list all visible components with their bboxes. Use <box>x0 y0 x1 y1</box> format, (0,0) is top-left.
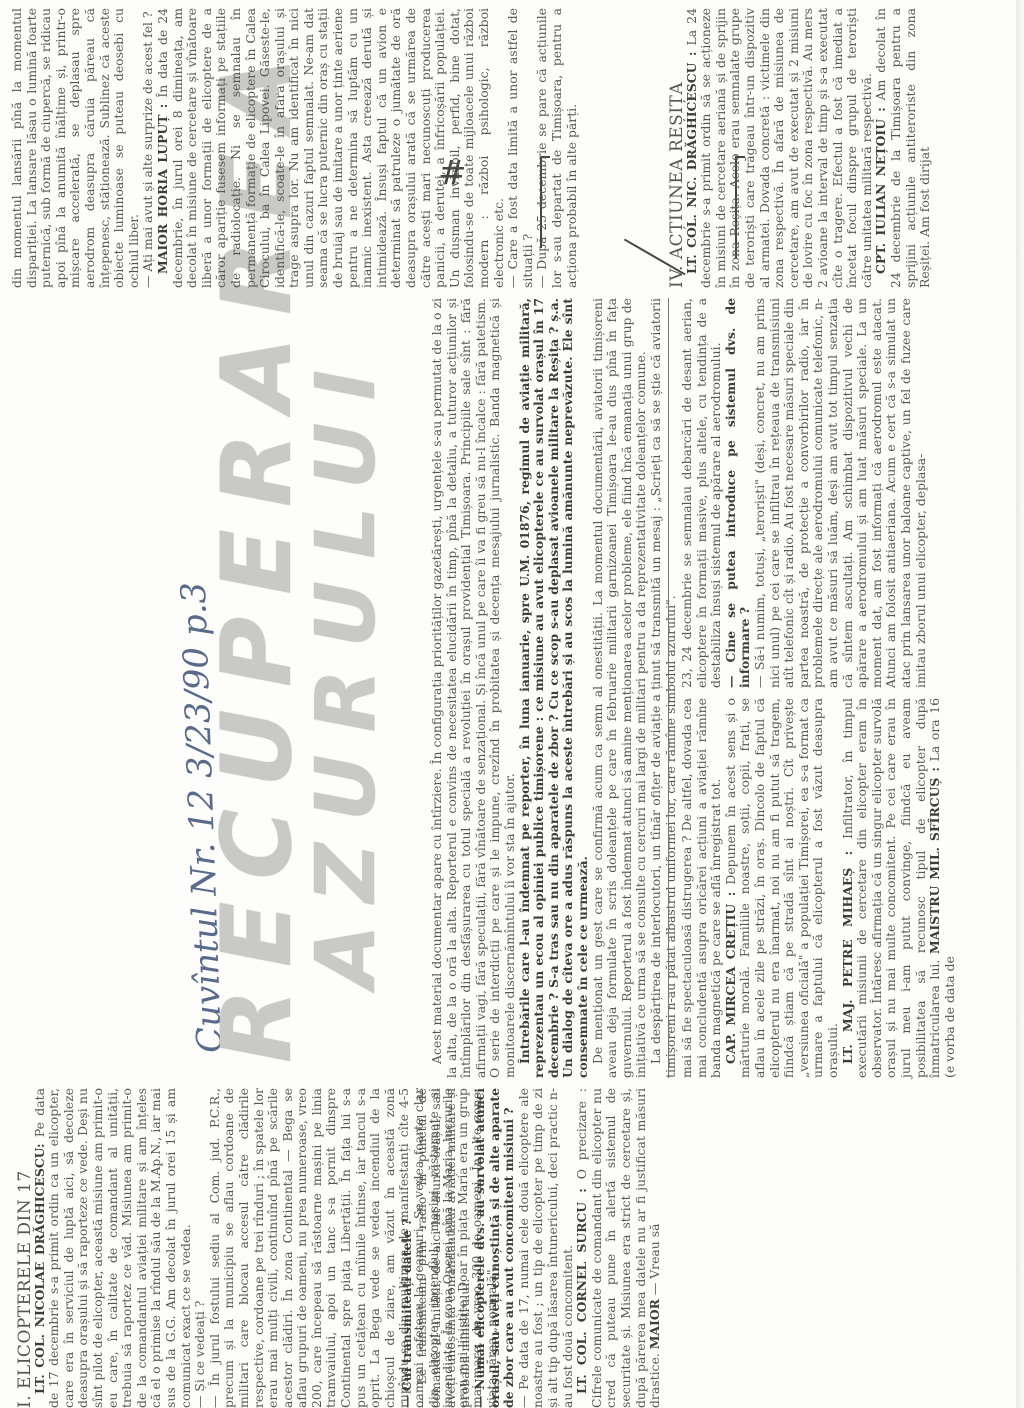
speaker: MAIOR HORIA LUPUȚ : <box>155 104 170 274</box>
answer: — Le transmiteam prin radio în punctul d… <box>415 1088 473 1408</box>
intro-paragraph: De menționat un gest care se confirmă ac… <box>591 298 649 1078</box>
newspaper-page-rotated: Cuvîntul Nr. 12 3/23/90 p.3 # RECUPERARE… <box>0 0 1024 1408</box>
question: — Care a fost data limită a unor astfel … <box>506 8 535 288</box>
speaker: LT. COL. NICOLAE DRĂGHICESCU: <box>32 1143 47 1394</box>
speaker: LT. COL. NIC. DRĂGHICESCU : <box>684 52 699 274</box>
speaker: MAIOR <box>647 1299 662 1349</box>
intro-block: Acest material documentar apare cu întîr… <box>430 298 678 1078</box>
section4-prev-column: din momentul lansării pînă la momentul d… <box>10 8 579 288</box>
speaker: LT. COL. CORNEL SURCU : <box>574 1188 589 1394</box>
paragraph: — Vreau să <box>647 1224 662 1296</box>
speaker: CAP. MIRCEA CREȚIU : <box>723 892 738 1064</box>
paragraph: mai să fie spectaculoasă distrugerea ? D… <box>680 698 724 1078</box>
section4-column: IV. ACȚIUNEA REȘIȚA LT. COL. NIC. DRĂGHI… <box>670 8 933 288</box>
intro-paragraph: Întrebările care l-au îndemnat pe report… <box>518 298 591 1078</box>
headline-line2: AZURULUI <box>340 348 355 988</box>
paragraph: Pe data de 17 decembrie s-a primit ordin… <box>32 1088 193 1408</box>
speaker: CPT. IULIAN NEȚOIU : <box>873 107 888 274</box>
paragraph: La 24 decembrie s-a primit ordin să se a… <box>684 8 874 288</box>
paragraph: Depunem în acest sens și o mărturie mora… <box>723 698 840 1078</box>
question: — Cui transmiteați datele ? <box>400 1088 415 1408</box>
speaker: LT. MAJ. PETRE MIHAEȘ : <box>840 851 855 1064</box>
answer: — Pe data de 17, numai cele două elicopt… <box>517 1088 575 1408</box>
section4-heading: IV. ACȚIUNEA REȘIȚA <box>670 8 685 288</box>
intro-paragraph: La despărțirea de interlocutori, un tînă… <box>649 298 678 1078</box>
speaker: MAISTRU MIL. SFÎRCUȘ : <box>927 767 942 954</box>
intro-paragraph: Acest material documentar apare cu întîr… <box>430 298 518 1078</box>
question: — Numai elicopterele dvs. au survolat at… <box>473 1088 517 1408</box>
answer: — După 25 decembrie se pare că acțiunile… <box>535 8 579 288</box>
question: — Cine se putea introduce pe sistemul dv… <box>724 298 753 688</box>
section1-col-b: — Cui transmiteați datele ? — Le transmi… <box>400 1088 663 1408</box>
section3-column: 23, 24 decembrie se semnalau debarcări d… <box>680 298 928 688</box>
answer: — Să-i numim, totuși, „teroriști" (deși,… <box>753 298 928 688</box>
section2-column: mai să fie spectaculoasă distrugerea ? D… <box>680 698 957 1078</box>
question: — Și ce vedeați ? <box>193 1088 208 1408</box>
section1-heading: I. ELICOPTERELE DIN 17 <box>18 1088 33 1408</box>
paragraph: din momentul lansării pînă la momentul d… <box>10 8 141 288</box>
intro-divider <box>668 298 669 1078</box>
paragraph: 23, 24 decembrie se semnalau debarcări d… <box>680 298 724 688</box>
question: — Ați mai avut și alte surprize de acest… <box>141 8 156 288</box>
answer: În data de 24 decembrie, în jurul orei 8… <box>155 8 506 288</box>
